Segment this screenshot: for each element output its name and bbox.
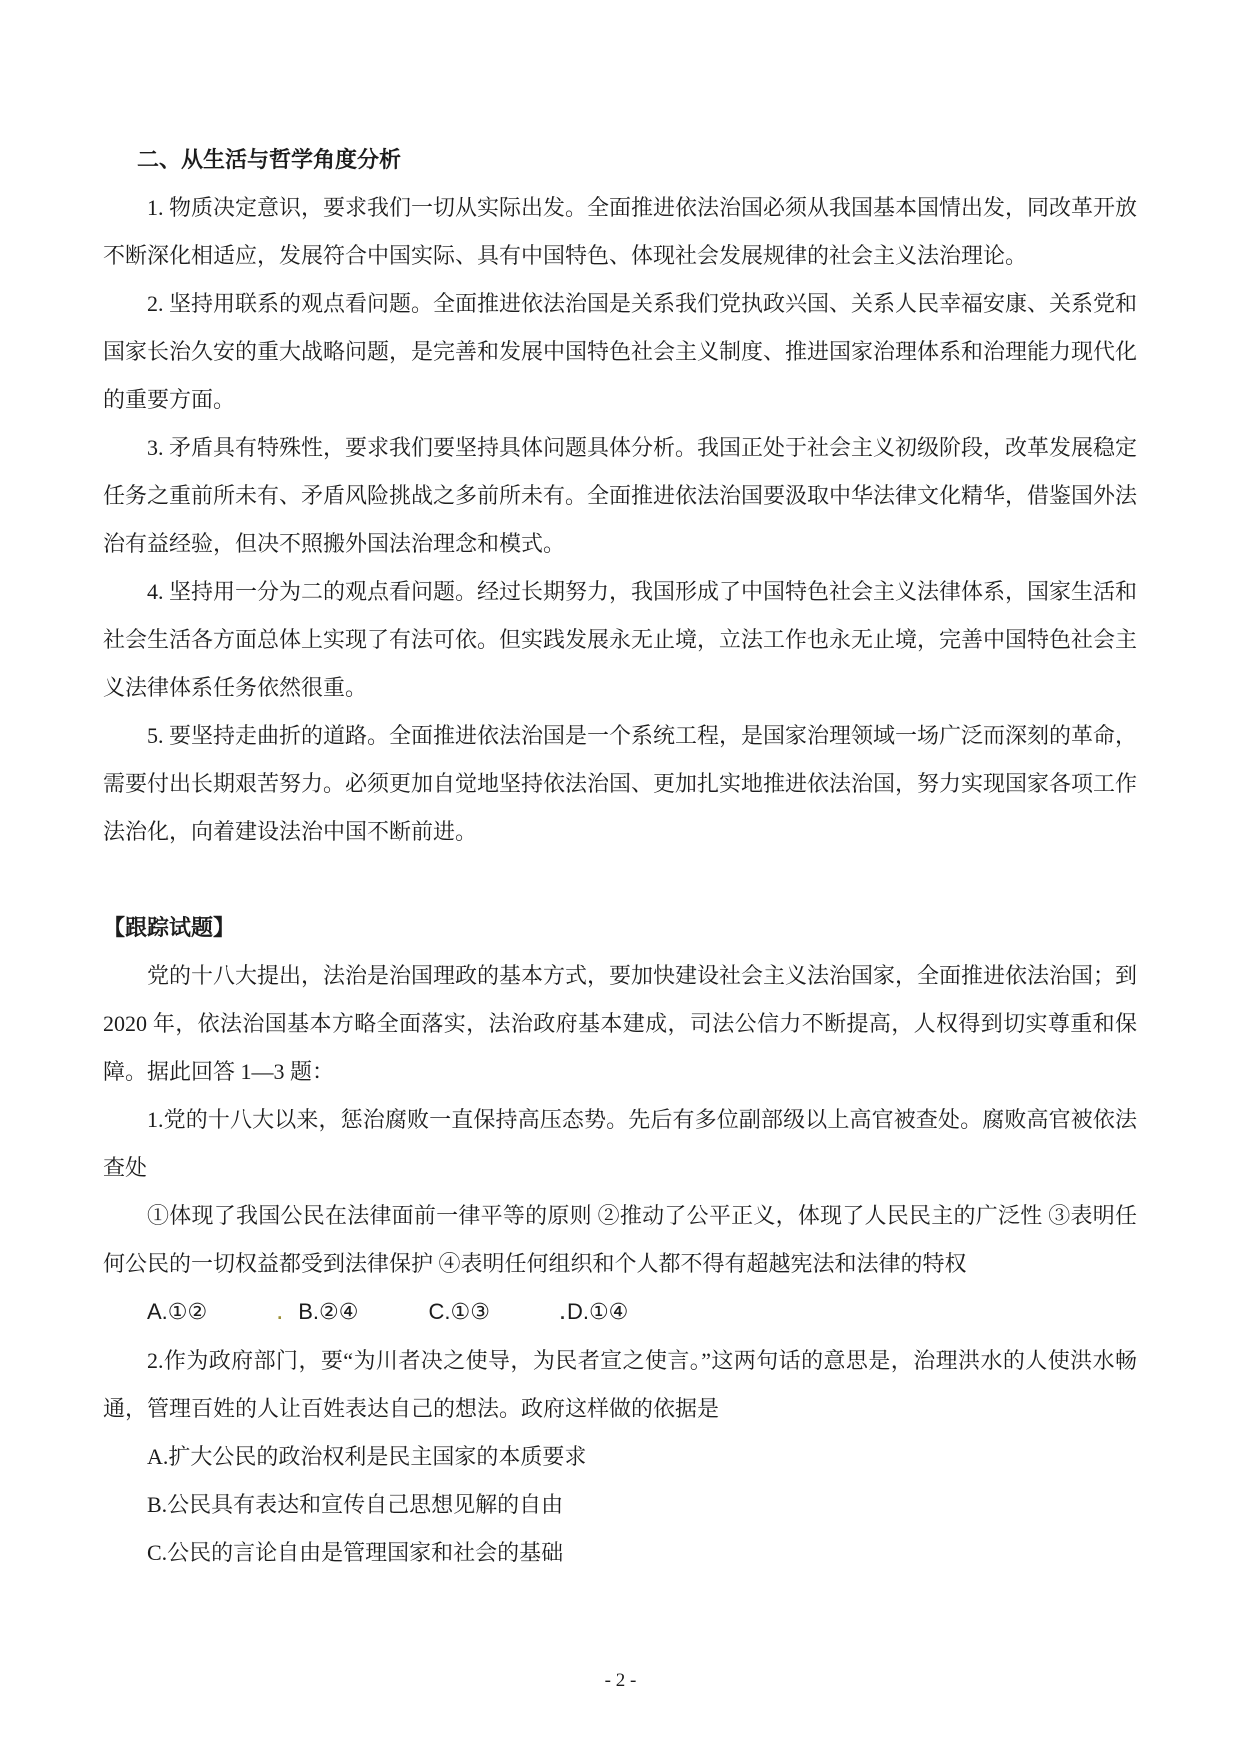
question-1-stem: 1.党的十八大以来，惩治腐败一直保持高压态势。先后有多位副部级以上高官被查处。腐… [103, 1096, 1137, 1192]
analysis-point-1: 1. 物质决定意识，要求我们一切从实际出发。全面推进依法治国必须从我国基本国情出… [103, 184, 1137, 280]
analysis-point-3: 3. 矛盾具有特殊性，要求我们要坚持具体问题具体分析。我国正处于社会主义初级阶段… [103, 424, 1137, 568]
page-number: - 2 - [0, 1670, 1241, 1692]
analysis-point-2: 2. 坚持用联系的观点看问题。全面推进依法治国是关系我们党执政兴国、关系人民幸福… [103, 280, 1137, 424]
question-1-choices: A.①②.B.②④C.①③.D.①④ [103, 1288, 1137, 1337]
document-page: 二、从生活与哲学角度分析 1. 物质决定意识，要求我们一切从实际出发。全面推进依… [0, 0, 1241, 1754]
question-1-items: ①体现了我国公民在法律面前一律平等的原则 ②推动了公平正义，体现了人民民主的广泛… [103, 1192, 1137, 1288]
document-content: 二、从生活与哲学角度分析 1. 物质决定意识，要求我们一切从实际出发。全面推进依… [0, 0, 1241, 1577]
tracking-intro: 党的十八大提出，法治是治国理政的基本方式，要加快建设社会主义法治国家，全面推进依… [103, 952, 1137, 1096]
q1-choice-c: C.①③ [428, 1299, 489, 1324]
tracking-section-title: 【跟踪试题】 [103, 904, 1137, 952]
q2-choice-c: C.公民的言论自由是管理国家和社会的基础 [103, 1529, 1137, 1577]
q1-choice-d: D.①④ [567, 1299, 628, 1324]
q1-choice-a: A.①② [147, 1299, 207, 1324]
section-heading: 二、从生活与哲学角度分析 [103, 136, 1137, 184]
analysis-point-5: 5. 要坚持走曲折的道路。全面推进依法治国是一个系统工程，是国家治理领域一场广泛… [103, 712, 1137, 856]
question-2-stem: 2.作为政府部门，要“为川者决之使导，为民者宣之使言。”这两句话的意思是，治理洪… [103, 1337, 1137, 1433]
stray-dot-mark: . [277, 1303, 282, 1323]
q2-choice-b: B.公民具有表达和宣传自己思想见解的自由 [103, 1481, 1137, 1529]
stray-dot-mark: . [560, 1303, 565, 1323]
q2-choice-a: A.扩大公民的政治权利是民主国家的本质要求 [103, 1433, 1137, 1481]
q1-choice-b: B.②④ [298, 1299, 358, 1324]
analysis-point-4: 4. 坚持用一分为二的观点看问题。经过长期努力，我国形成了中国特色社会主义法律体… [103, 568, 1137, 712]
